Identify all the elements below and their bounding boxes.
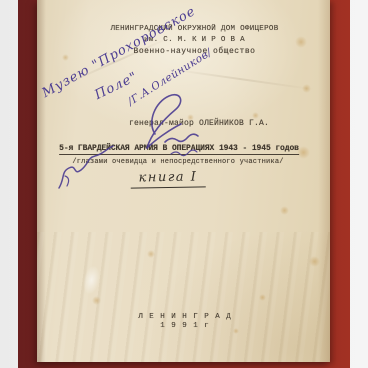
stain-spot [252, 112, 259, 119]
stain-spot [233, 328, 239, 334]
book-number-label: книга I [130, 169, 205, 188]
document-page: ЛЕНИНГРАДСКИЙ ОКРУЖНОЙ ДОМ ОФИЦЕРОВ им. … [37, 0, 330, 362]
stain-spot [92, 296, 101, 305]
organization-name-line: им. С. М. К И Р О В А [37, 36, 330, 44]
organization-line: ЛЕНИНГРАДСКИЙ ОКРУЖНОЙ ДОМ ОФИЦЕРОВ [37, 25, 330, 33]
photo-of-document: ЛЕНИНГРАДСКИЙ ОКРУЖНОЙ ДОМ ОФИЦЕРОВ им. … [0, 0, 368, 368]
lower-left-scribble [51, 142, 123, 194]
city-line: Л Е Н И Н Г Р А Д [138, 313, 232, 321]
paper-wrinkles [37, 232, 330, 362]
stain-spot [147, 250, 155, 258]
year-line: 1 9 9 1 г [160, 322, 210, 330]
stain-spot [309, 256, 320, 267]
signature-flourish [125, 72, 235, 162]
society-line: Военно-научное общество [37, 47, 330, 56]
stain-spot [259, 294, 266, 301]
stain-spot [280, 206, 289, 215]
